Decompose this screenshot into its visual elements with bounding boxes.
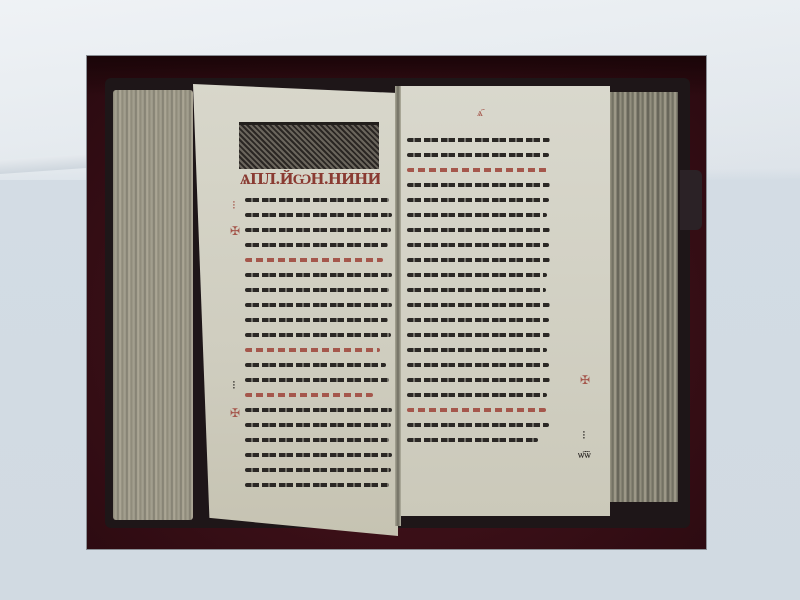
catchword: ѡ҃ѿ	[578, 450, 591, 461]
text-line	[407, 288, 546, 292]
text-line	[245, 333, 391, 337]
left-page-block	[113, 90, 193, 520]
text-line	[245, 483, 389, 487]
right-page-text	[407, 138, 553, 453]
margin-mark: ⁝	[582, 428, 586, 442]
text-line	[407, 378, 550, 382]
text-line	[245, 423, 391, 427]
text-line	[407, 213, 547, 217]
margin-mark: ⁝	[232, 198, 236, 212]
text-line	[407, 318, 549, 322]
text-line	[407, 393, 547, 397]
text-line	[407, 348, 547, 352]
text-line	[245, 228, 391, 232]
right-page-block	[610, 92, 678, 502]
text-line	[407, 183, 550, 187]
text-line	[407, 138, 550, 142]
book-gutter	[395, 86, 401, 526]
page-number: ѧ҃	[477, 108, 483, 119]
margin-mark: ✠	[230, 224, 240, 238]
margin-mark: ✠	[230, 406, 240, 420]
text-line	[245, 378, 389, 382]
text-line	[407, 153, 549, 157]
text-line	[407, 243, 549, 247]
text-line	[245, 438, 389, 442]
text-line	[245, 363, 386, 367]
text-line	[245, 408, 392, 412]
text-line	[245, 198, 389, 202]
text-line	[407, 303, 550, 307]
text-line	[245, 303, 392, 307]
rubric-line	[245, 258, 383, 262]
text-line	[407, 363, 549, 367]
text-line	[407, 333, 550, 337]
text-line	[245, 288, 389, 292]
text-line	[407, 198, 549, 202]
text-line	[245, 273, 392, 277]
margin-mark: ⁝	[232, 378, 236, 392]
rubric-line	[407, 168, 547, 172]
rubric-line	[245, 393, 373, 397]
rubric-line	[407, 408, 546, 412]
text-line	[407, 438, 538, 442]
margin-mark: ✠	[580, 373, 590, 387]
cover-clasp	[680, 170, 702, 230]
rubric-line	[245, 348, 380, 352]
text-line	[407, 273, 547, 277]
open-book: ѦПЛ.ЙѠН.НИНИН.ЖЮѠ ⁝ ✠ ⁝ ✠ ѧ	[105, 78, 695, 533]
left-page-text	[245, 198, 395, 498]
ornamental-headpiece	[239, 122, 379, 169]
page-heading: ѦПЛ.ЙѠН.НИНИН.ЖЮѠ	[240, 170, 380, 192]
text-line	[245, 468, 391, 472]
text-line	[245, 213, 392, 217]
book-photograph: ѦПЛ.ЙѠН.НИНИН.ЖЮѠ ⁝ ✠ ⁝ ✠ ѧ	[87, 56, 706, 549]
text-line	[245, 453, 392, 457]
text-line	[245, 318, 388, 322]
text-line	[245, 243, 388, 247]
text-line	[407, 258, 550, 262]
text-line	[407, 423, 549, 427]
text-line	[407, 228, 550, 232]
